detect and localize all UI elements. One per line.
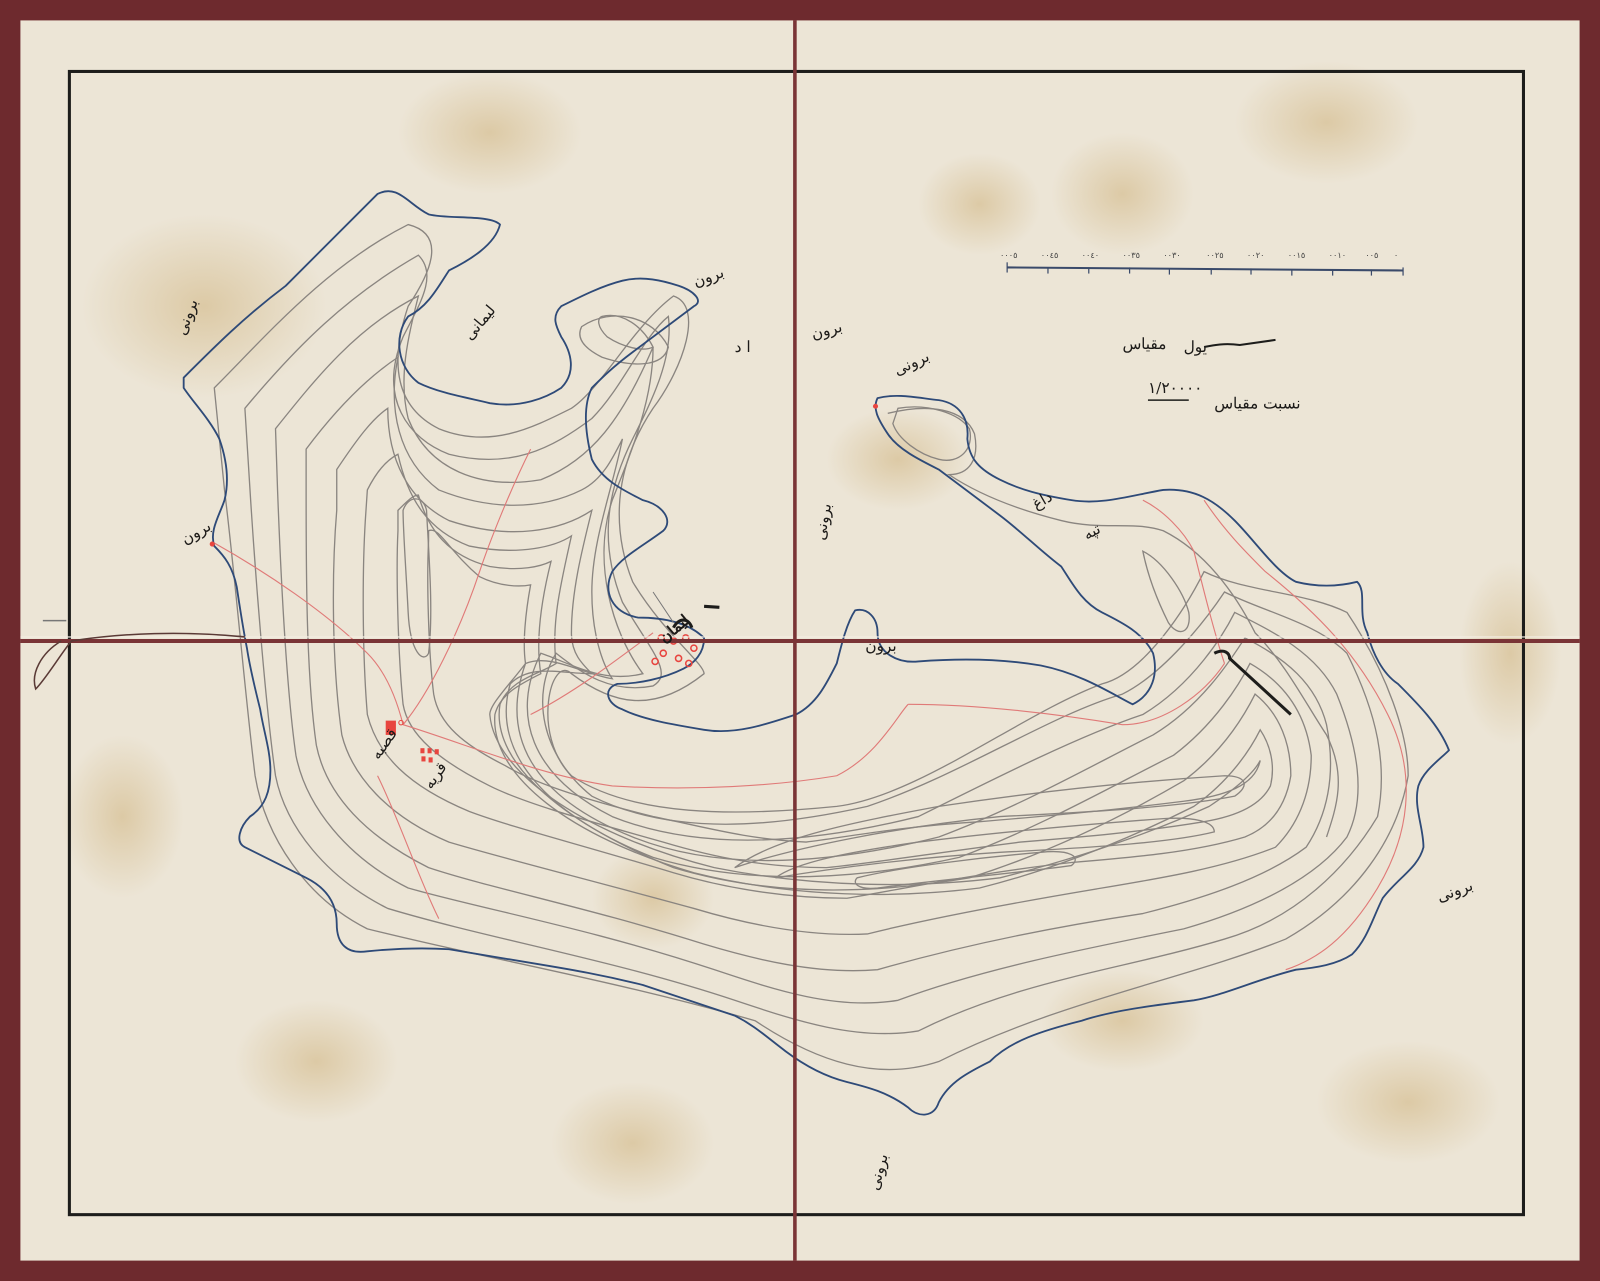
legend-scale-title: مقیاس [1122,335,1166,353]
scale-tick-label: ٠٠٤٠ [1082,250,1100,260]
scale-tick-label: ٠٠٣٠ [1163,250,1181,260]
scale-tick-label: ٠٠٣٥ [1122,250,1140,260]
scale-tick-label: ٠٠٠٥ [1000,250,1018,260]
legend-ratio-label: نسبت مقیاس [1214,394,1300,412]
scale-tick-label: ٠٠٥ [1365,250,1378,260]
label-center-cape: برون [865,637,896,655]
island-map: ٠٠٠٥ ٠٠٤٥ ٠٠٤٠ ٠٠٣٥ ٠٠٣٠ ٠٠٢٥ ٠٠٢٠ ٠٠١٥ … [0,0,1600,1281]
scale-tick-label: ٠٠٢٥ [1206,250,1224,260]
scale-tick-label: ٠٠٢٠ [1247,250,1265,260]
scale-tick-label: ٠٠٤٥ [1041,250,1059,260]
scale-tick-label: ٠٠١٠ [1329,250,1347,260]
scale-tick-label: ٠ [1394,250,1398,260]
legend-ratio-value: ١/٢٠٠٠٠ [1148,379,1202,397]
label-north-mid-1: ا د [735,338,751,356]
legend-line-label: يول [1184,338,1207,356]
scale-tick-label: ٠٠١٥ [1288,250,1306,260]
